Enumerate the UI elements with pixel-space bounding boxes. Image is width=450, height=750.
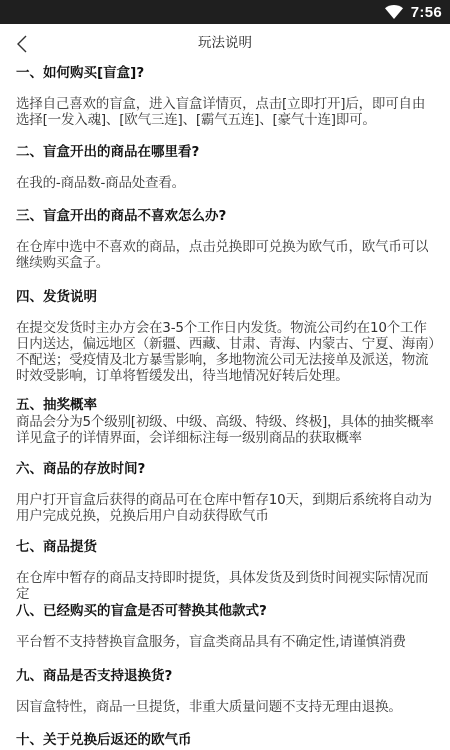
section-5: 五、抽奖概率 商品会分为5个级别[初级、中级、高级、特级、终极]，具体的抽奖概率… [16, 396, 436, 446]
section-heading: 七、商品提货 [16, 538, 436, 556]
section-body: 平台暂不支持替换盲盒服务，盲盒类商品具有不确定性,请谨慎消费 [16, 634, 436, 650]
status-icons: 7:56 [385, 0, 442, 24]
section-heading: 八、已经购买的盲盒是否可替换其他款式? [16, 602, 436, 620]
section-heading: 二、盲盒开出的商品在哪里看? [16, 143, 436, 161]
status-bar: 7:56 [0, 0, 450, 24]
section-heading: 九、商品是否支持退换货? [16, 667, 436, 685]
section-heading: 一、如何购买[盲盒]? [16, 64, 436, 82]
page-title: 玩法说明 [0, 24, 450, 64]
section-8: 八、已经购买的盲盒是否可替换其他款式? 平台暂不支持替换盲盒服务，盲盒类商品具有… [16, 602, 436, 650]
section-body: 在仓库中暂存的商品支持即时提货，具体发货及到货时间视实际情况而定 [16, 570, 436, 602]
section-9: 九、商品是否支持退换货? 因盲盒特性，商品一旦提货，非重大质量问题不支持无理由退… [16, 667, 436, 715]
section-1: 一、如何购买[盲盒]? 选择自己喜欢的盲盒，进入盲盒详情页，点击[立即打开]后，… [16, 64, 436, 128]
section-body: 选择自己喜欢的盲盒，进入盲盒详情页，点击[立即打开]后，即可自由选择[一发入魂]… [16, 96, 436, 128]
section-body: 在我的-商品数-商品处查看。 [16, 175, 436, 191]
section-heading: 五、抽奖概率 [16, 396, 436, 414]
section-body: 在提交发货时主办方会在3-5个工作日内发货。物流公司约在10个工作日内送达，偏远… [16, 320, 436, 384]
section-heading: 十、关于兑换后返还的欧气币 [16, 731, 436, 749]
section-heading: 三、盲盒开出的商品不喜欢怎么办? [16, 207, 436, 225]
section-2: 二、盲盒开出的商品在哪里看? 在我的-商品数-商品处查看。 [16, 143, 436, 191]
section-heading: 四、发货说明 [16, 288, 436, 306]
section-heading: 六、商品的存放时间? [16, 460, 436, 478]
section-6: 六、商品的存放时间? 用户打开盲盒后获得的商品可在仓库中暂存10天，到期后系统将… [16, 460, 436, 524]
section-3: 三、盲盒开出的商品不喜欢怎么办? 在仓库中选中不喜欢的商品，点击兑换即可兑换为欧… [16, 207, 436, 271]
section-body: 用户打开盲盒后获得的商品可在仓库中暂存10天，到期后系统将自动为用户完成兑换，兑… [16, 492, 436, 524]
section-7: 七、商品提货 在仓库中暂存的商品支持即时提货，具体发货及到货时间视实际情况而定 [16, 538, 436, 602]
wifi-icon [385, 5, 403, 19]
section-body: 商品会分为5个级别[初级、中级、高级、特级、终极]，具体的抽奖概率详见盒子的详情… [16, 414, 436, 446]
section-body: 在仓库中选中不喜欢的商品，点击兑换即可兑换为欧气币，欧气币可以继续购买盒子。 [16, 239, 436, 271]
section-body: 因盲盒特性，商品一旦提货，非重大质量问题不支持无理由退换。 [16, 699, 436, 715]
status-time: 7:56 [411, 4, 442, 21]
app-header: 玩法说明 [0, 24, 450, 64]
section-4: 四、发货说明 在提交发货时主办方会在3-5个工作日内发货。物流公司约在10个工作… [16, 288, 436, 384]
section-10: 十、关于兑换后返还的欧气币 [16, 731, 436, 749]
